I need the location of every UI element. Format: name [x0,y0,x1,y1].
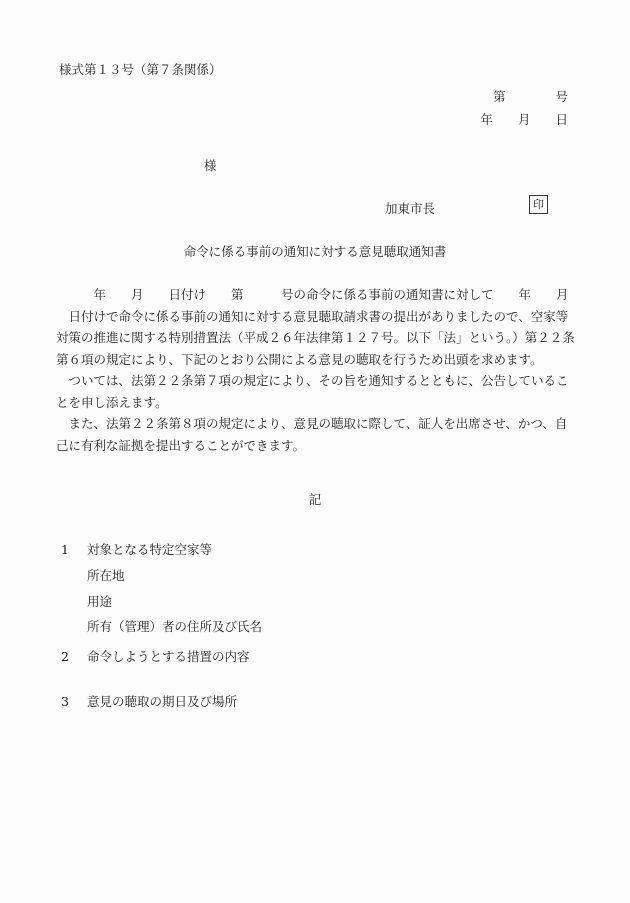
list-item-1-heading: 1対象となる特定空家等 [61,537,262,563]
sender-title: 加東市長 [385,199,435,217]
document-number-line: 第 号 [480,86,568,109]
list-item-2: 2命令しようとする措置の内容 [61,644,250,670]
list-item-1-number: 1 [61,537,87,563]
form-number-label: 様式第１３号（第７条関係） [59,60,222,78]
header-right-block: 第 号 年 月 日 [480,86,568,131]
document-title: 命令に係る事前の通知に対する意見聴取通知書 [0,242,630,260]
list-item-1-sub-owner: 所有（管理）者の住所及び氏名 [61,614,262,640]
document-page: 様式第１３号（第７条関係） 第 号 年 月 日 様 加東市長 印 命令に係る事前… [0,0,630,903]
list-item-3-label: 意見の聴取の期日及び場所 [87,694,237,709]
seal-stamp-box: 印 [529,195,548,214]
body-paragraph: 年 月 日付け 第 号の命令に係る事前の通知書に対して 年 月 日付けで命令に係… [56,284,578,456]
list-item-1-sub-usage: 用途 [61,589,262,615]
list-item-1-sub-location: 所在地 [61,563,262,589]
list-item-3: 3意見の聴取の期日及び場所 [61,689,237,715]
record-marker: 記 [0,490,630,508]
list-item-2-number: 2 [61,644,87,670]
document-date-line: 年 月 日 [480,109,568,132]
list-item-2-label: 命令しようとする措置の内容 [87,649,250,664]
addressee-suffix: 様 [204,156,217,174]
list-item-1: 1対象となる特定空家等 所在地 用途 所有（管理）者の住所及び氏名 [61,537,262,640]
list-item-3-number: 3 [61,689,87,715]
list-item-1-label: 対象となる特定空家等 [87,542,212,557]
